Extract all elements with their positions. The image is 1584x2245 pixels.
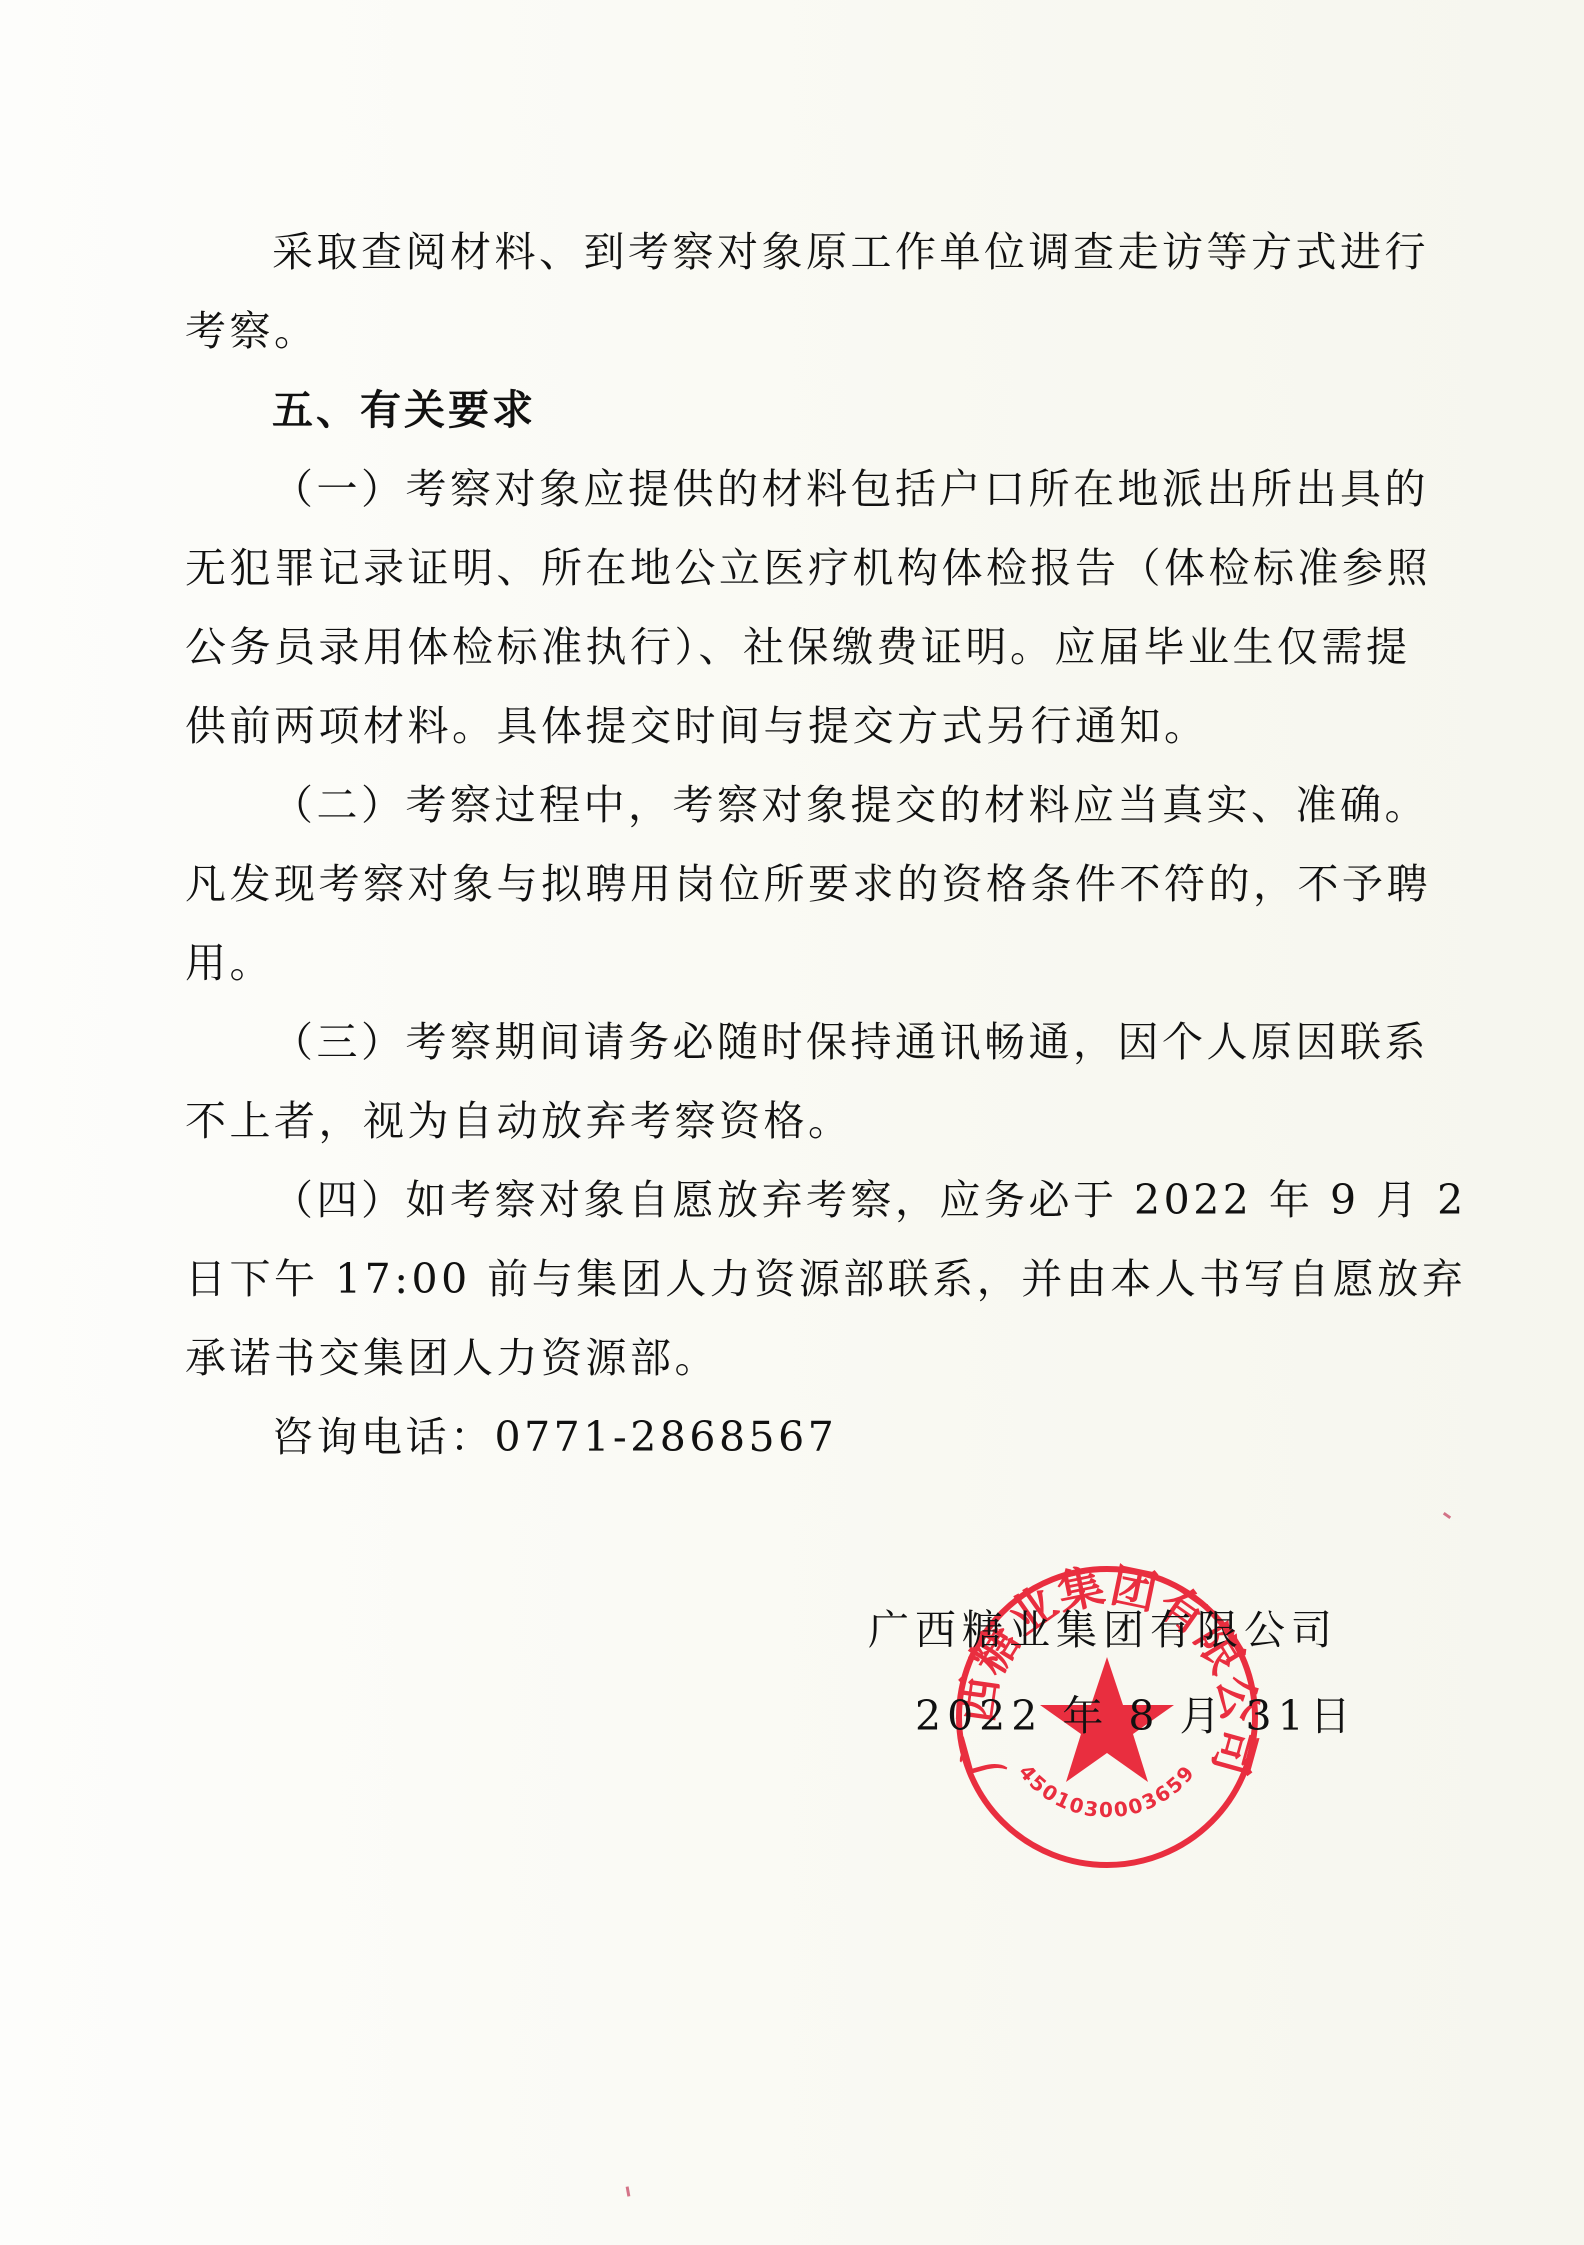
- requirement-3-line: 不上者，视为自动放弃考察资格。: [185, 1091, 853, 1151]
- section-heading: 五、有关要求: [272, 380, 536, 440]
- requirement-1-line: （一）考察对象应提供的材料包括户口所在地派出所出具的: [272, 459, 1429, 519]
- requirement-4-line: （四）如考察对象自愿放弃考察，应务必于 2022 年 9 月 2: [272, 1170, 1467, 1230]
- paragraph-line: 采取查阅材料、到考察对象原工作单位调查走访等方式进行: [272, 222, 1429, 282]
- stray-mark: [626, 2186, 631, 2196]
- paragraph-line: 考察。: [185, 301, 319, 361]
- signature-date: 2022 年 8 月 31日: [915, 1686, 1357, 1746]
- requirement-3-line: （三）考察期间请务必随时保持通讯畅通，因个人原因联系: [272, 1012, 1429, 1072]
- requirement-1-line: 供前两项材料。具体提交时间与提交方式另行通知。: [185, 696, 1209, 756]
- requirement-2-line: 凡发现考察对象与拟聘用岗位所要求的资格条件不符的，不予聘: [185, 854, 1431, 914]
- requirement-1-line: 公务员录用体检标准执行）、社保缴费证明。应届毕业生仅需提: [185, 617, 1411, 677]
- requirement-2-line: 用。: [185, 933, 274, 993]
- requirement-2-line: （二）考察过程中，考察对象提交的材料应当真实、准确。: [272, 775, 1429, 835]
- requirement-1-line: 无犯罪记录证明、所在地公立医疗机构体检报告（体检标准参照: [185, 538, 1431, 598]
- requirement-4-line: 日下午 17:00 前与集团人力资源部联系，并由本人书写自愿放弃: [185, 1249, 1466, 1309]
- stray-mark: [1443, 1512, 1451, 1519]
- requirement-4-line: 承诺书交集团人力资源部。: [185, 1328, 719, 1388]
- signature-organization: 广西糖业集团有限公司: [868, 1600, 1338, 1660]
- svg-text:4501030003659: 4501030003659: [1014, 1760, 1200, 1822]
- seal-code: 4501030003659: [1014, 1760, 1200, 1822]
- contact-phone: 咨询电话：0771-2868567: [272, 1407, 837, 1467]
